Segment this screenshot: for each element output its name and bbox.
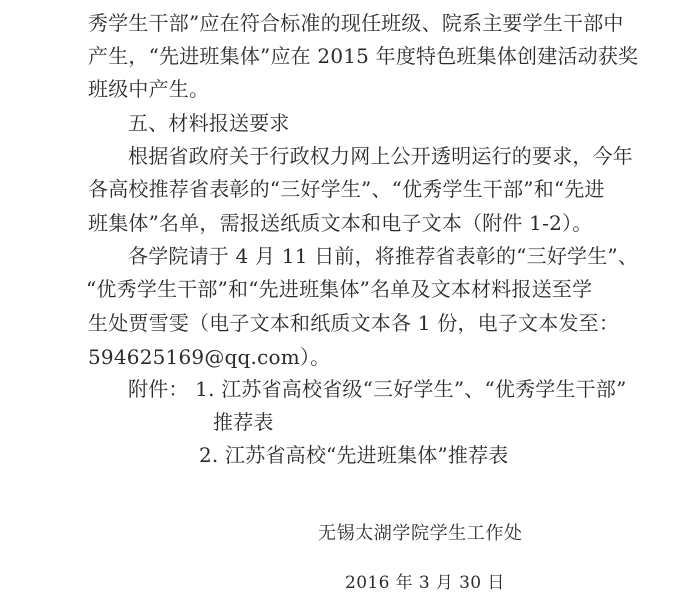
section-heading: 五、材料报送要求 [128, 110, 290, 136]
paragraph-line: “优秀学生干部”和“先进班集体”名单及文本材料报送至学 [86, 276, 592, 302]
paragraph-line: 生处贾雪雯（电子文本和纸质文本各 1 份，电子文本发至： [88, 310, 619, 336]
attachments-item-1: 附件： 1. 江苏省高校省级“三好学生”、“优秀学生干部” [128, 376, 627, 402]
paragraph-line: 班集体”名单，需报送纸质文本和电子文本（附件 1-2）。 [88, 210, 592, 236]
paragraph-line: 产生，“先进班集体”应在 2015 年度特色班集体创建活动获奖 [88, 43, 638, 69]
attachments-item-1-continuation: 推荐表 [213, 409, 274, 435]
paragraph-line: 各学院请于 4 月 11 日前，将推荐省表彰的“三好学生”、 [128, 243, 638, 269]
date-line: 2016 年 3 月 30 日 [345, 570, 505, 596]
document-page: 秀学生干部”应在符合标准的现任班级、院系主要学生干部中 产生，“先进班集体”应在… [0, 0, 680, 602]
paragraph-line: 各高校推荐省表彰的“三好学生”、“优秀学生干部”和“先进 [88, 176, 605, 202]
paragraph-line: 根据省政府关于行政权力网上公开透明运行的要求，今年 [128, 143, 633, 169]
paragraph-line: 秀学生干部”应在符合标准的现任班级、院系主要学生干部中 [88, 10, 624, 36]
paragraph-line: 班级中产生。 [88, 76, 209, 102]
attachments-item-2: 2. 江苏省高校“先进班集体”推荐表 [199, 442, 509, 468]
signature-line: 无锡太湖学院学生工作处 [318, 521, 523, 547]
email-line: 594625169@qq.com）。 [88, 344, 330, 370]
